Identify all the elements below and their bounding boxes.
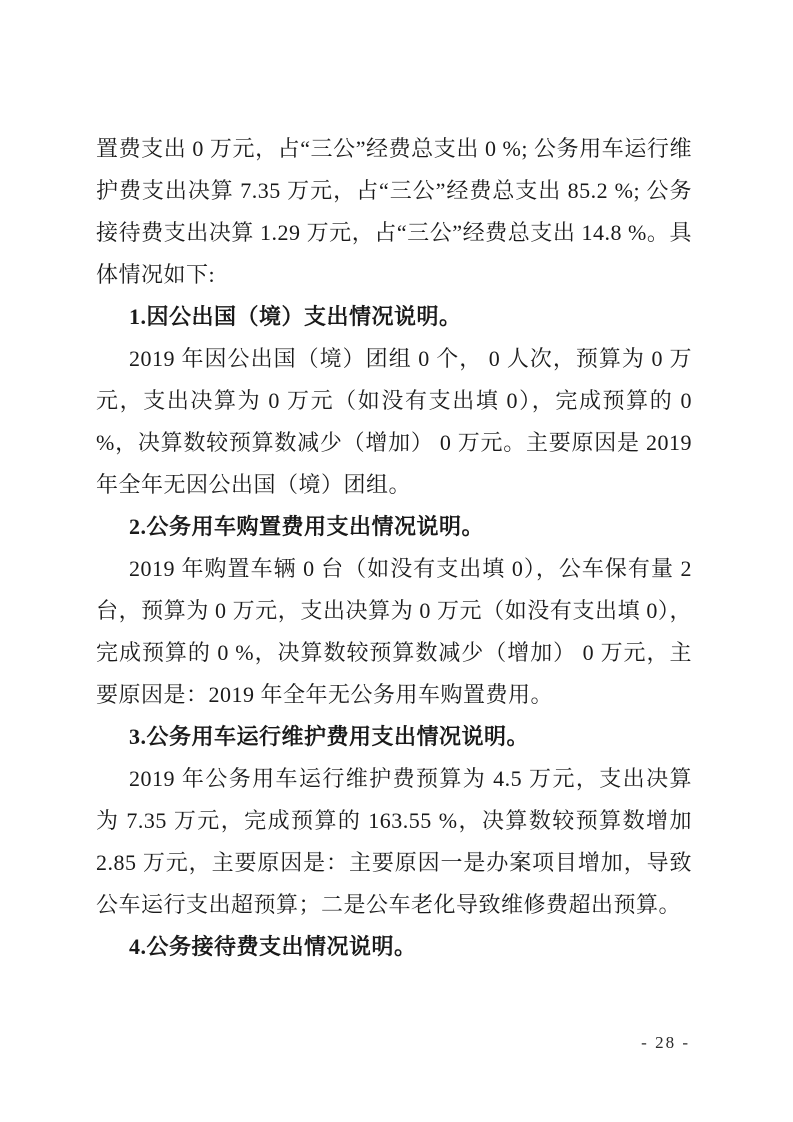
page-number: - 28 - xyxy=(641,1031,690,1055)
document-body: 置费支出 0 万元，占“三公”经费总支出 0 %; 公务用车运行维护费支出决算 … xyxy=(96,128,692,968)
section-2-heading-vehicle-purchase-expense: 2.公务用车购置费用支出情况说明。 xyxy=(96,506,692,548)
section-3-heading-vehicle-maintenance-expense: 3.公务用车运行维护费用支出情况说明。 xyxy=(96,716,692,758)
section-1-heading-abroad-expense: 1.因公出国（境）支出情况说明。 xyxy=(96,296,692,338)
section-3-paragraph: 2019 年公务用车运行维护费预算为 4.5 万元，支出决算为 7.35 万元，… xyxy=(96,758,692,926)
document-page: 置费支出 0 万元，占“三公”经费总支出 0 %; 公务用车运行维护费支出决算 … xyxy=(0,0,793,1122)
section-2-paragraph: 2019 年购置车辆 0 台（如没有支出填 0），公车保有量 2 台，预算为 0… xyxy=(96,548,692,716)
section-4-heading-official-reception-expense: 4.公务接待费支出情况说明。 xyxy=(96,926,692,968)
section-1-paragraph: 2019 年因公出国（境）团组 0 个， 0 人次，预算为 0 万元，支出决算为… xyxy=(96,338,692,506)
continuation-paragraph-three-public-funds-summary: 置费支出 0 万元，占“三公”经费总支出 0 %; 公务用车运行维护费支出决算 … xyxy=(96,128,692,296)
